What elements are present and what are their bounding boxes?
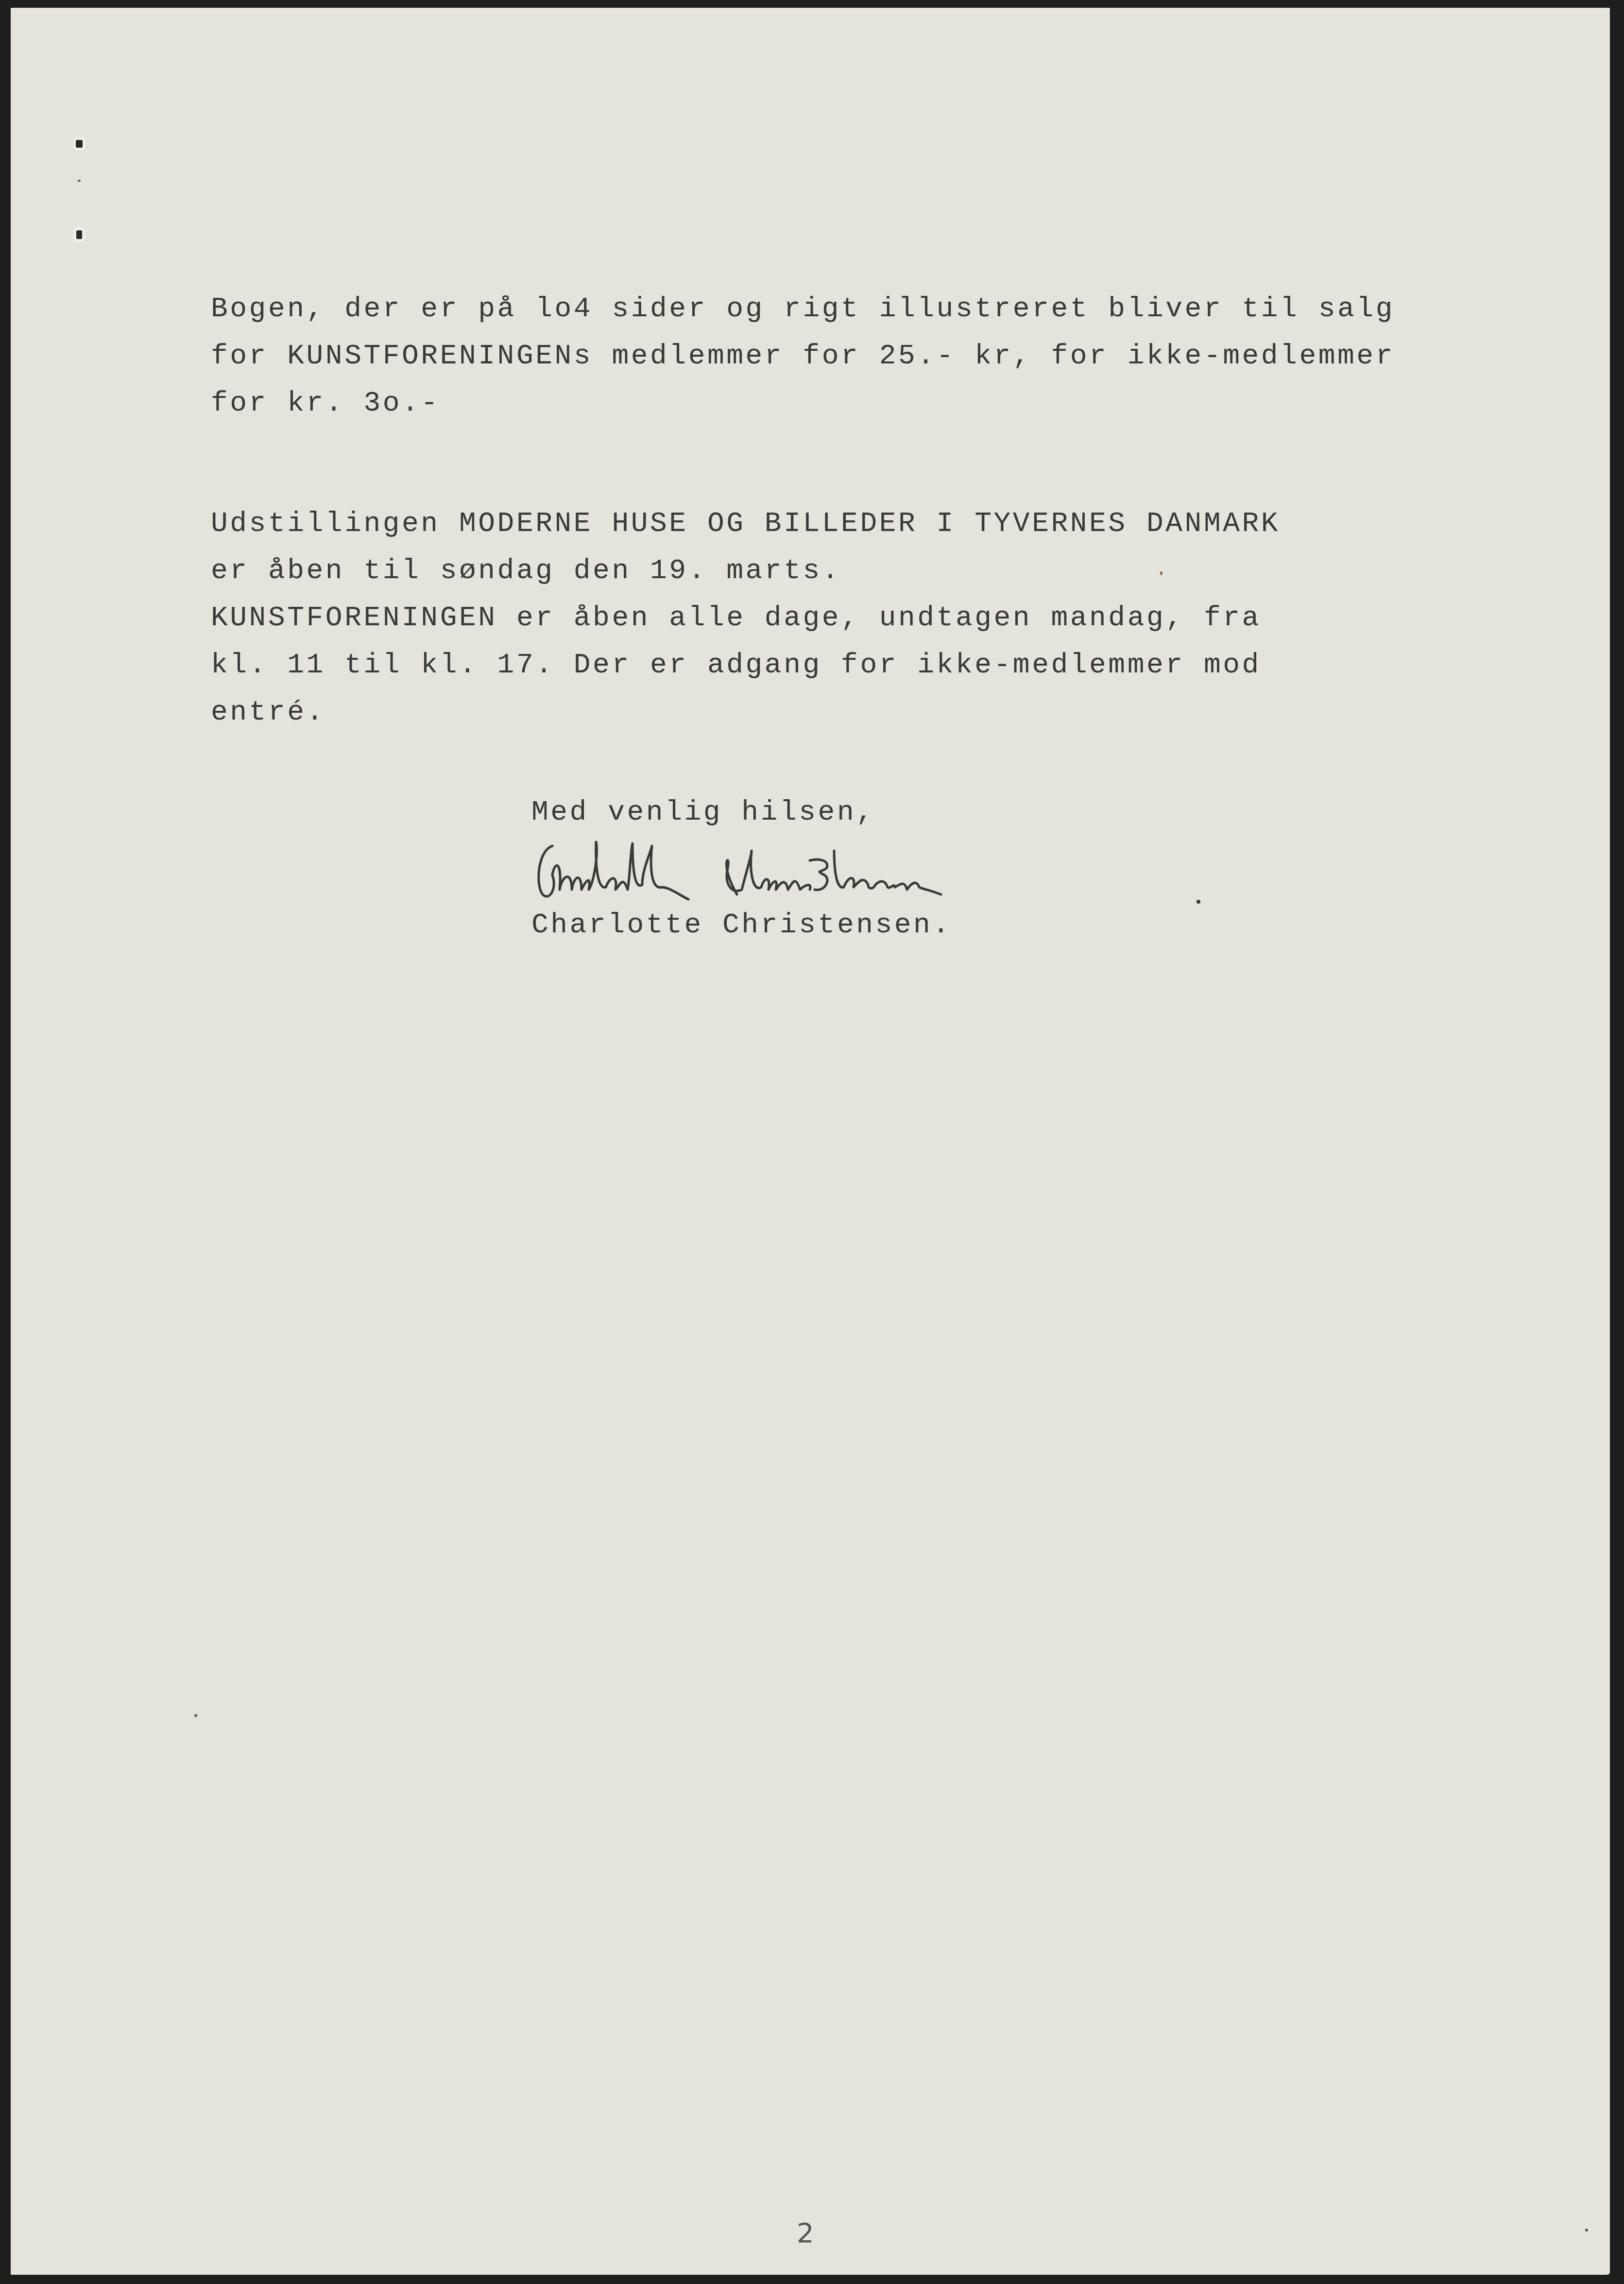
text-line: entré. xyxy=(211,689,1280,736)
text-line: er åben til søndag den 19. marts. xyxy=(211,548,1280,595)
punch-hole-mark xyxy=(78,180,81,182)
paper-speck xyxy=(1160,571,1162,575)
closing-salutation-block: Med venlig hilsen, xyxy=(531,789,875,836)
text-line: Bogen, der er på lo4 sider og rigt illus… xyxy=(211,286,1395,333)
text-line: for KUNSTFORENINGENs medlemmer for 25.- … xyxy=(211,333,1395,380)
text-line: Udstillingen MODERNE HUSE OG BILLEDER I … xyxy=(211,500,1280,548)
punch-hole-top xyxy=(76,140,83,148)
text-line: KUNSTFORENINGEN er åben alle dage, undta… xyxy=(211,595,1280,642)
punch-hole-bottom xyxy=(76,230,82,239)
page-number: 2 xyxy=(797,2217,814,2249)
closing-name-block: Charlotte Christensen. xyxy=(531,902,952,949)
text-line: kl. 11 til kl. 17. Der er adgang for ikk… xyxy=(211,642,1280,689)
document-page: Bogen, der er på lo4 sider og rigt illus… xyxy=(11,8,1610,2275)
salutation: Med venlig hilsen, xyxy=(531,789,875,836)
paper-speck xyxy=(1585,2229,1588,2232)
paragraph-book-sale: Bogen, der er på lo4 sider og rigt illus… xyxy=(211,286,1395,427)
handwritten-signature: Charlotte Christensen xyxy=(533,841,1213,909)
text-line: for kr. 3o.- xyxy=(211,380,1395,427)
typed-signatory-name: Charlotte Christensen. xyxy=(531,902,952,949)
paragraph-exhibition-info: Udstillingen MODERNE HUSE OG BILLEDER I … xyxy=(211,500,1280,736)
paper-speck xyxy=(194,1714,197,1717)
